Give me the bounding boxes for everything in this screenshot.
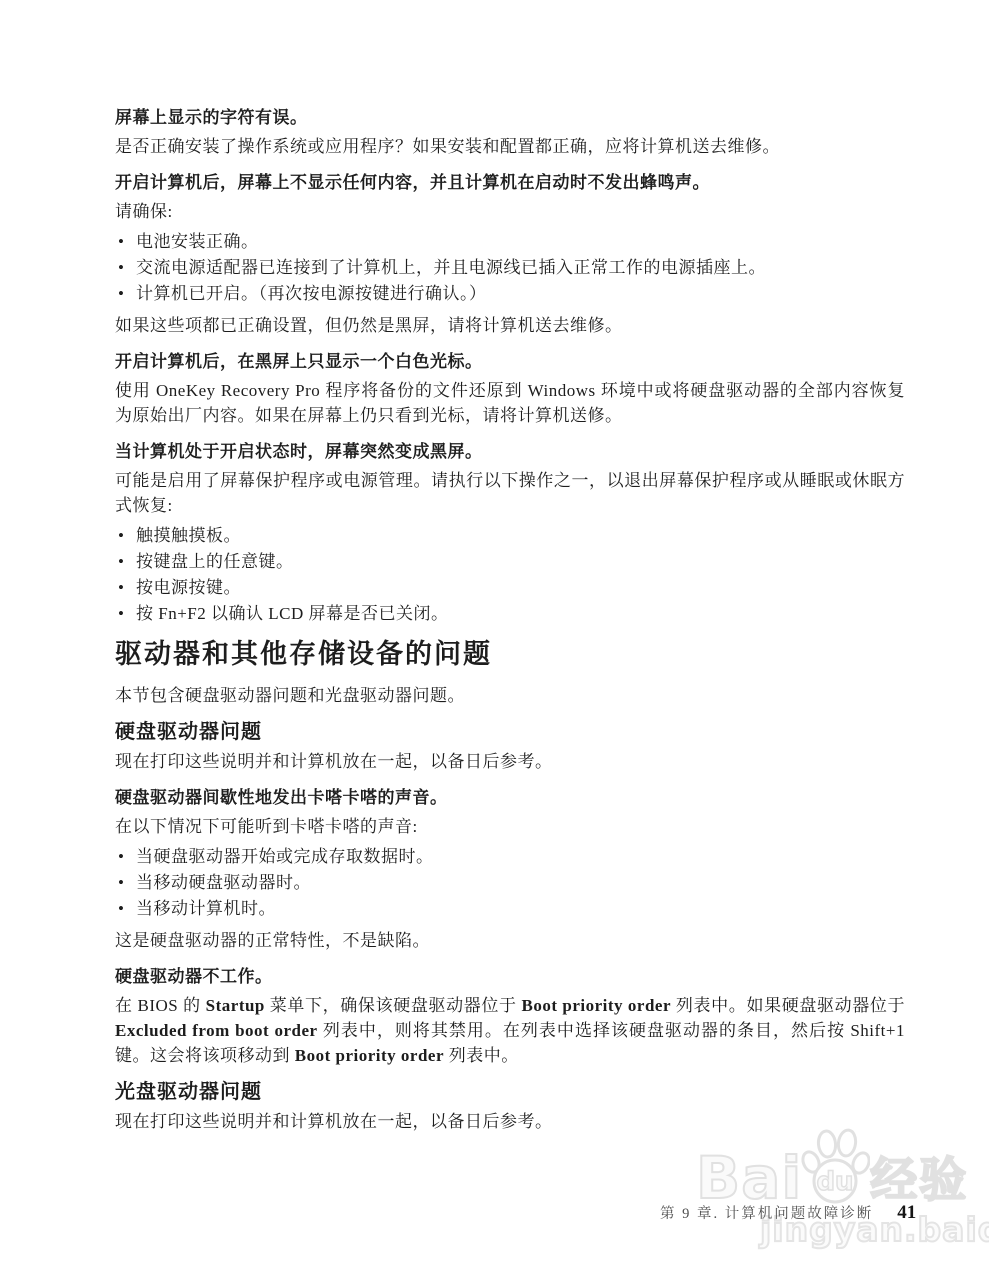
bullet-item: 按 Fn+F2 以确认 LCD 屏幕是否已关闭。 (115, 601, 905, 627)
bullet-item: 当移动计算机时。 (115, 896, 905, 922)
text-run: 在 BIOS 的 (115, 996, 206, 1015)
bullet-item: 按键盘上的任意键。 (115, 549, 905, 575)
watermark-brand-text: Bai (696, 1149, 802, 1207)
bullet-item: 当硬盘驱动器开始或完成存取数据时。 (115, 844, 905, 870)
paragraph: 在 BIOS 的 Startup 菜单下，确保该硬盘驱动器位于 Boot pri… (115, 993, 905, 1068)
bullet-item: 触摸触摸板。 (115, 523, 905, 549)
bullet-list: 电池安装正确。交流电源适配器已连接到了计算机上，并且电源线已插入正常工作的电源插… (115, 229, 905, 307)
footer-chapter-title: 第 9 章. 计算机问题故障诊断 (660, 1202, 873, 1223)
emphasized-term: Boot priority order (522, 996, 672, 1015)
text-run: 菜单下，确保该硬盘驱动器位于 (265, 996, 522, 1015)
paragraph: 是否正确安装了操作系统或应用程序？如果安装和配置都正确，应将计算机送去维修。 (115, 134, 905, 159)
watermark-du-text: du (817, 1167, 854, 1197)
paragraph: 使用 OneKey Recovery Pro 程序将备份的文件还原到 Windo… (115, 378, 905, 428)
runin-heading: 硬盘驱动器间歇性地发出卡嗒卡嗒的声音。 (115, 785, 905, 810)
paragraph: 现在打印这些说明并和计算机放在一起，以备日后参考。 (115, 749, 905, 774)
footer-page-number: 41 (897, 1202, 916, 1224)
page-footer: 第 9 章. 计算机问题故障诊断 41 (660, 1202, 916, 1224)
paragraph: 如果这些项都已正确设置，但仍然是黑屏，请将计算机送去维修。 (115, 313, 905, 338)
paragraph: 请确保: (115, 199, 905, 224)
emphasized-term: Boot priority order (295, 1046, 444, 1065)
bullet-item: 交流电源适配器已连接到了计算机上，并且电源线已插入正常工作的电源插座上。 (115, 255, 905, 281)
manual-page: Bai du 经验 jingyan.baidu.com 屏幕上显示的字符有误。是… (0, 0, 989, 1280)
emphasized-term: Excluded from boot order (115, 1021, 318, 1040)
paragraph: 本节包含硬盘驱动器问题和光盘驱动器问题。 (115, 683, 905, 708)
runin-heading: 开启计算机后，在黑屏上只显示一个白色光标。 (115, 349, 905, 374)
paragraph: 在以下情况下可能听到卡嗒卡嗒的声音: (115, 814, 905, 839)
paragraph: 这是硬盘驱动器的正常特性，不是缺陷。 (115, 928, 905, 953)
section-heading: 驱动器和其他存储设备的问题 (115, 637, 905, 671)
bullet-item: 按电源按键。 (115, 575, 905, 601)
bullet-item: 计算机已开启。（再次按电源按键进行确认。） (115, 281, 905, 307)
paragraph: 可能是启用了屏幕保护程序或电源管理。请执行以下操作之一，以退出屏幕保护程序或从睡… (115, 468, 905, 518)
runin-heading: 当计算机处于开启状态时，屏幕突然变成黑屏。 (115, 439, 905, 464)
paragraph: 现在打印这些说明并和计算机放在一起，以备日后参考。 (115, 1109, 905, 1134)
bullet-list: 触摸触摸板。按键盘上的任意键。按电源按键。按 Fn+F2 以确认 LCD 屏幕是… (115, 523, 905, 627)
runin-heading: 开启计算机后，屏幕上不显示任何内容，并且计算机在启动时不发出蜂鸣声。 (115, 170, 905, 195)
document-blocks: 屏幕上显示的字符有误。是否正确安装了操作系统或应用程序？如果安装和配置都正确，应… (115, 94, 905, 1139)
bullet-item: 电池安装正确。 (115, 229, 905, 255)
subsection-heading: 硬盘驱动器问题 (115, 719, 905, 746)
baidu-jingyan-watermark: Bai du 经验 jingyan.baidu.com (696, 1126, 989, 1246)
bullet-item: 当移动硬盘驱动器时。 (115, 870, 905, 896)
watermark-cn-text: 经验 (870, 1155, 968, 1207)
bullet-list: 当硬盘驱动器开始或完成存取数据时。当移动硬盘驱动器时。当移动计算机时。 (115, 844, 905, 922)
emphasized-term: Startup (206, 996, 265, 1015)
runin-heading: 屏幕上显示的字符有误。 (115, 105, 905, 130)
runin-heading: 硬盘驱动器不工作。 (115, 964, 905, 989)
text-run: 列表中。 (444, 1046, 519, 1065)
text-run: 列表中。如果硬盘驱动器位于 (671, 996, 905, 1015)
subsection-heading: 光盘驱动器问题 (115, 1079, 905, 1106)
